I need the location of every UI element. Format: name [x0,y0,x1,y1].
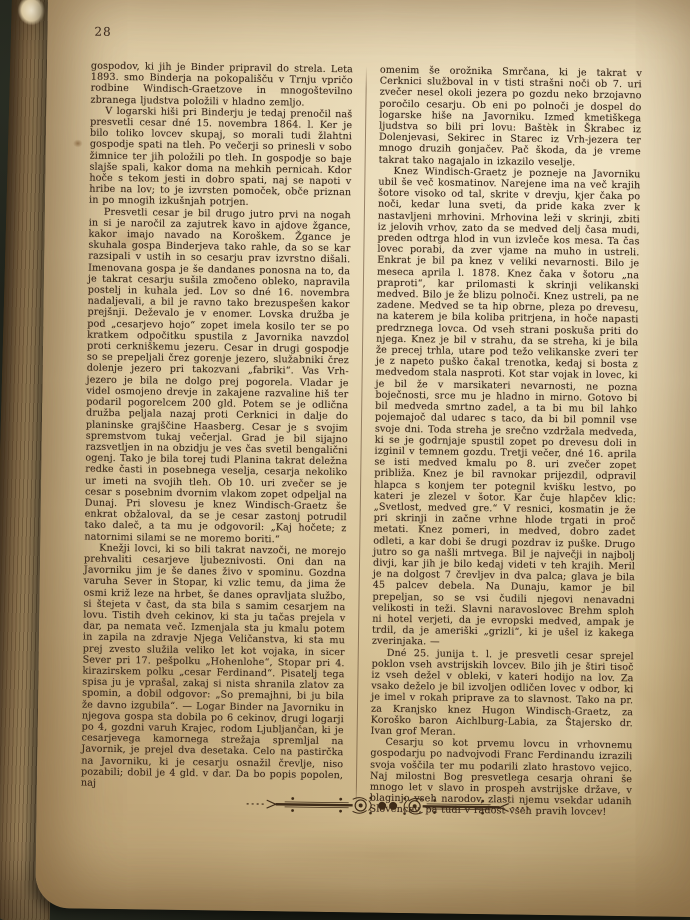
book-page: 28 gospodov, ki jih je Binder pripravil … [35,0,690,917]
paper-stain [215,812,556,897]
paragraph: Knežji lovci, ki so bili takrat navzoči,… [81,542,346,792]
text-columns: gospodov, ki jih je Binder pripravil do … [81,61,644,819]
paragraph: V logarski hiši pri Binderju je tedaj pr… [89,105,352,209]
paper-stain [72,138,84,148]
divider-ornament [245,793,531,819]
column-divider-rule [356,66,367,809]
paragraph: gospodov, ki jih je Binder pripravil do … [90,61,353,109]
page-number: 28 [94,25,644,47]
scanned-book-photo: 28 gospodov, ki jih je Binder pripravil … [0,0,690,920]
text-column-right: omenim še orožnika Smrčana, ki je takrat… [370,65,642,819]
paragraph: Knez Windisch-Graetz je pozneje na Javor… [372,165,641,650]
paragraph: Dné 25. junija t. l. je presvetli cesar … [371,647,634,740]
text-column-left: gospodov, ki jih je Binder pripravil do … [81,61,353,815]
page-content: 28 gospodov, ki jih je Binder pripravil … [81,25,645,819]
paragraph: Presvetli cesar je bil drugo jutro prvi … [84,206,351,546]
paragraph: omenim še orožnika Smrčana, ki je takrat… [379,65,642,169]
